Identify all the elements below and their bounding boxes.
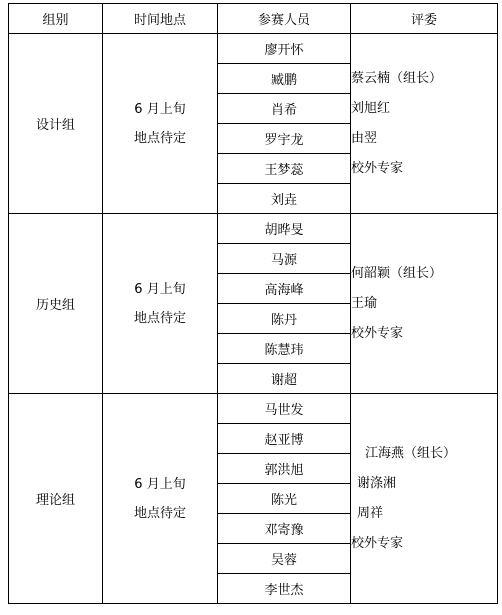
participant: 郭洪旭 (218, 454, 351, 484)
header-row: 组别 时间地点 参赛人员 评委 (9, 4, 498, 34)
participant: 陈慧玮 (218, 334, 351, 364)
place-text: 地点待定 (103, 304, 217, 333)
judges-cell: 蔡云楠（组长） 刘旭红 由翌 校外专家 (351, 34, 498, 214)
participant: 马源 (218, 244, 351, 274)
participant: 肖希 (218, 94, 351, 124)
judge: 蔡云楠（组长） (351, 64, 497, 94)
participant: 胡晔旻 (218, 214, 351, 244)
participant: 廖开怀 (218, 34, 351, 64)
judge: 由翌 (351, 124, 497, 154)
participant: 吴蓉 (218, 544, 351, 574)
table-row: 理论组 6 月上旬 地点待定 马世发 江海燕（组长） 谢涤湘 周祥 校外专家 (9, 394, 498, 424)
place-text: 地点待定 (103, 124, 217, 153)
judge: 刘旭红 (351, 94, 497, 124)
judge: 校外专家 (351, 319, 497, 349)
judge: 校外专家 (351, 154, 497, 184)
judge: 何韶颖（组长） (351, 259, 497, 289)
group-name: 理论组 (9, 394, 103, 604)
place-text: 地点待定 (103, 499, 217, 528)
time-text: 6 月上旬 (103, 470, 217, 499)
participant: 王梦蕊 (218, 154, 351, 184)
judge: 江海燕（组长） (351, 439, 497, 469)
participant: 马世发 (218, 394, 351, 424)
time-place: 6 月上旬 地点待定 (103, 34, 218, 214)
group-name: 设计组 (9, 34, 103, 214)
participant: 陈丹 (218, 304, 351, 334)
participant: 高海峰 (218, 274, 351, 304)
header-judges: 评委 (351, 4, 498, 34)
header-time-place: 时间地点 (103, 4, 218, 34)
judge: 谢涤湘 (351, 469, 497, 499)
judge: 周祥 (351, 499, 497, 529)
participant: 谢超 (218, 364, 351, 394)
time-place: 6 月上旬 地点待定 (103, 214, 218, 394)
participant: 赵亚博 (218, 424, 351, 454)
participant: 邓寄豫 (218, 514, 351, 544)
judge: 校外专家 (351, 529, 497, 559)
time-text: 6 月上旬 (103, 95, 217, 124)
time-place: 6 月上旬 地点待定 (103, 394, 218, 604)
participant: 刘垚 (218, 184, 351, 214)
table-row: 历史组 6 月上旬 地点待定 胡晔旻 何韶颖（组长） 王瑜 校外专家 (9, 214, 498, 244)
judge: 王瑜 (351, 289, 497, 319)
competition-schedule-table: 组别 时间地点 参赛人员 评委 设计组 6 月上旬 地点待定 廖开怀 蔡云楠（组… (8, 3, 498, 604)
participant: 臧鹏 (218, 64, 351, 94)
participant: 罗宇龙 (218, 124, 351, 154)
judges-cell: 何韶颖（组长） 王瑜 校外专家 (351, 214, 498, 394)
group-name: 历史组 (9, 214, 103, 394)
participant: 李世杰 (218, 574, 351, 604)
time-text: 6 月上旬 (103, 275, 217, 304)
header-participants: 参赛人员 (218, 4, 351, 34)
table-row: 设计组 6 月上旬 地点待定 廖开怀 蔡云楠（组长） 刘旭红 由翌 校外专家 (9, 34, 498, 64)
judges-cell: 江海燕（组长） 谢涤湘 周祥 校外专家 (351, 394, 498, 604)
participant: 陈光 (218, 484, 351, 514)
header-group: 组别 (9, 4, 103, 34)
